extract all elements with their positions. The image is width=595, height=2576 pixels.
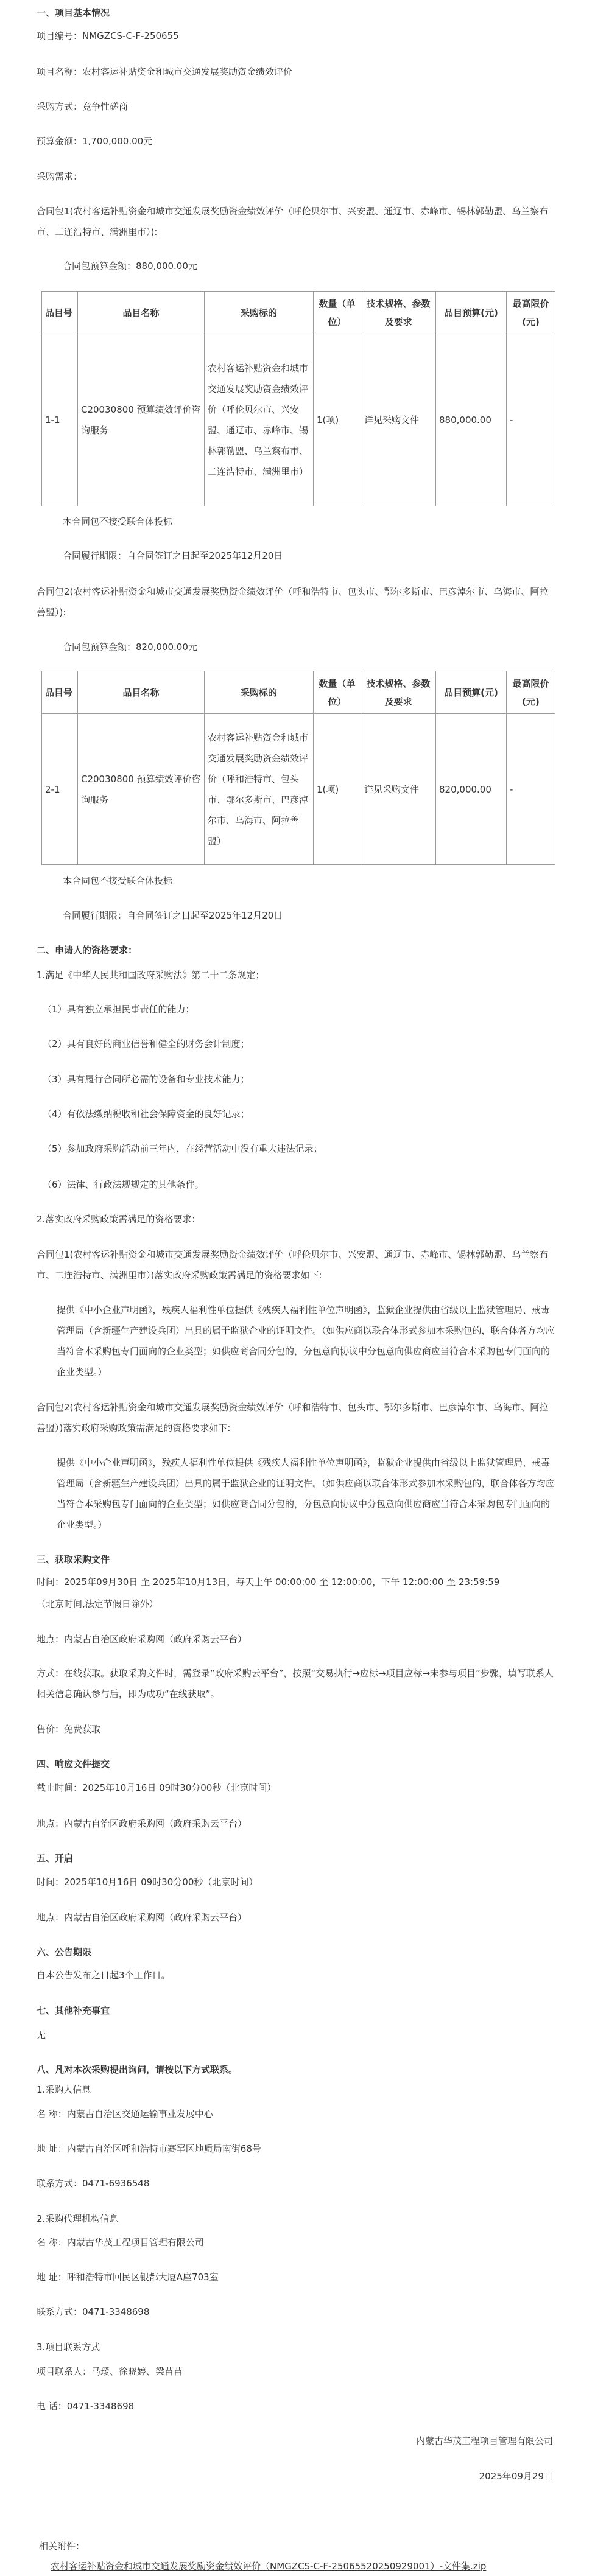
submission-deadline: 截止时间：2025年10月16日 09时30分00秒（北京时间） [37,1782,276,1794]
section-7-heading: 七、其他补充事宜 [37,2004,110,2017]
procurement-method: 采购方式：竞争性磋商 [37,100,128,113]
policy-package-1-text: 提供《中小企业声明函》，残疾人福利性单位提供《残疾人福利性单位声明函》，监狱企业… [57,1300,555,1382]
signature-company: 内蒙古华茂工程项目管理有限公司 [416,2435,553,2447]
table-row: 1-1 C20030800 预算绩效评价咨询服务 农村客运补贴资金和城市交通发展… [42,334,555,506]
cell-quantity: 1(项) [314,714,361,865]
project-name: 项目名称：农村客运补贴资金和城市交通发展奖励资金绩效评价 [37,66,292,78]
table-header-row: 品目号 品目名称 采购标的 数量（单位） 技术规格、参数及要求 品目预算(元) … [42,292,555,334]
project-contact-people: 项目联系人：马瑷、徐晓婷、梁苗苗 [37,2365,183,2378]
acquire-time-note: （北京时间,法定节假日除外） [37,1598,158,1610]
package-1-period: 合同履行期限：自合同签订之日起至2025年12月20日 [63,550,283,562]
header-max-price: 最高限价(元) [507,292,555,334]
submission-place: 地点：内蒙古自治区政府采购网（政府采购云平台） [37,1818,247,1830]
policy-package-2: 合同包2(农村客运补贴资金和城市交通发展奖励资金绩效评价（呼和浩特市、包头市、鄂… [37,1397,554,1438]
header-quantity: 数量（单位） [314,292,361,334]
policy-package-1: 合同包1(农村客运补贴资金和城市交通发展奖励资金绩效评价（呼伦贝尔市、兴安盟、通… [37,1244,554,1286]
policy-package-2-text: 提供《中小企业声明函》，残疾人福利性单位提供《残疾人福利性单位声明函》，监狱企业… [57,1452,555,1535]
header-spec: 技术规格、参数及要求 [361,292,436,334]
cell-item-no: 1-1 [42,334,78,506]
project-number: 项目编号：NMGZCS-C-F-250655 [37,30,179,42]
header-item-name: 品目名称 [78,292,205,334]
header-spec: 技术规格、参数及要求 [361,671,436,714]
cell-item-name: C20030800 预算绩效评价咨询服务 [78,334,205,506]
cell-quantity: 1(项) [314,334,361,506]
cell-max-price: - [507,714,555,865]
cell-spec: 详见采购文件 [361,714,436,865]
package-2-consortium-note: 本合同包不接受联合体投标 [63,875,172,887]
cell-item-name: C20030800 预算绩效评价咨询服务 [78,714,205,865]
package-1-consortium-note: 本合同包不接受联合体投标 [63,516,172,528]
announcement-period: 自本公告发布之日起3个工作日。 [37,1969,171,1981]
opening-time: 时间：2025年10月16日 09时30分00秒（北京时间） [37,1876,258,1888]
header-subject: 采购标的 [205,671,314,714]
section-4-heading: 四、响应文件提交 [37,1758,110,1770]
section-2-heading: 二、申请人的资格要求： [37,944,137,956]
project-phone: 电 话：0471-3348698 [37,2400,134,2412]
section-1-heading: 一、项目基本情况 [37,7,110,19]
condition-5: （5）参加政府采购活动前三年内，在经营活动中没有重大违法记录； [43,1143,323,1155]
purchaser-info-title: 1.采购人信息 [37,2084,91,2096]
cell-item-no: 2-1 [42,714,78,865]
cell-spec: 详见采购文件 [361,334,436,506]
acquire-place: 地点：内蒙古自治区政府采购网（政府采购云平台） [37,1633,247,1645]
acquire-price: 售价：免费获取 [37,1723,100,1735]
procurement-requirement-label: 采购需求： [37,170,82,183]
cell-subject: 农村客运补贴资金和城市交通发展奖励资金绩效评价（呼伦贝尔市、兴安盟、通辽市、赤峰… [205,334,314,506]
package-2-items-table: 品目号 品目名称 采购标的 数量（单位） 技术规格、参数及要求 品目预算(元) … [41,671,555,865]
budget-amount: 预算金额：1,700,000.00元 [37,135,152,147]
cell-max-price: - [507,334,555,506]
header-item-no: 品目号 [42,292,78,334]
policy-requirement-intro: 2.落实政府采购政策需满足的资格要求： [37,1213,200,1225]
table-header-row: 品目号 品目名称 采购标的 数量（单位） 技术规格、参数及要求 品目预算(元) … [42,671,555,714]
header-item-name: 品目名称 [78,671,205,714]
section-3-heading: 三、获取采购文件 [37,1553,110,1566]
package-2-title: 合同包2(农村客运补贴资金和城市交通发展奖励资金绩效评价（呼和浩特市、包头市、鄂… [37,581,554,623]
cell-item-budget: 820,000.00 [436,714,507,865]
agency-info-title: 2.采购代理机构信息 [37,2213,118,2225]
header-max-price: 最高限价(元) [507,671,555,714]
condition-6: （6）法律、行政法规规定的其他条件。 [43,1178,204,1191]
section-8-heading: 八、凡对本次采购提出询问，请按以下方式联系。 [37,2063,238,2076]
project-contact-title: 3.项目联系方式 [37,2341,100,2353]
table-row: 2-1 C20030800 预算绩效评价咨询服务 农村客运补贴资金和城市交通发展… [42,714,555,865]
signature-date: 2025年09月29日 [479,2470,553,2482]
condition-1: （1）具有独立承担民事责任的能力； [43,1003,195,1015]
purchaser-address: 地 址：内蒙古自治区呼和浩特市赛罕区地质局南街68号 [37,2143,261,2155]
condition-2: （2）具有良好的商业信誉和健全的财务会计制度； [43,1038,250,1050]
attachment-file-link[interactable]: 农村客运补贴资金和城市交通发展奖励资金绩效评价（NMGZCS-C-F-25065… [51,2560,486,2572]
agency-name: 名 称：内蒙古华茂工程项目管理有限公司 [37,2236,204,2249]
header-item-budget: 品目预算(元) [436,292,507,334]
condition-3: （3）具有履行合同所必需的设备和专业技术能力； [43,1073,250,1085]
package-1-items-table: 品目号 品目名称 采购标的 数量（单位） 技术规格、参数及要求 品目预算(元) … [41,291,555,506]
section-6-heading: 六、公告期限 [37,1946,91,1958]
header-item-budget: 品目预算(元) [436,671,507,714]
cell-subject: 农村客运补贴资金和城市交通发展奖励资金绩效评价（呼和浩特市、包头市、鄂尔多斯市、… [205,714,314,865]
package-1-title: 合同包1(农村客运补贴资金和城市交通发展奖励资金绩效评价（呼伦贝尔市、兴安盟、通… [37,201,554,242]
agency-contact: 联系方式：0471-3348698 [37,2306,149,2318]
condition-4: （4）有依法缴纳税收和社会保障资金的良好记录； [43,1108,250,1120]
cell-item-budget: 880,000.00 [436,334,507,506]
supplementary-matters: 无 [37,2029,46,2041]
attachments-label: 相关附件： [39,2540,85,2552]
acquire-time: 时间：2025年09月30日 至 2025年10月13日，每天上午 00:00:… [37,1576,499,1588]
acquire-method: 方式：在线获取。获取采购文件时，需登录“政府采购云平台”，按照“交易执行→应标→… [37,1663,554,1704]
purchaser-contact: 联系方式：0471-6936548 [37,2177,149,2189]
header-item-no: 品目号 [42,671,78,714]
package-2-budget: 合同包预算金额：820,000.00元 [63,641,197,653]
header-quantity: 数量（单位） [314,671,361,714]
opening-place: 地点：内蒙古自治区政府采购网（政府采购云平台） [37,1911,247,1923]
package-1-budget: 合同包预算金额：880,000.00元 [63,260,197,272]
agency-address: 地 址：呼和浩特市回民区银都大厦A座703室 [37,2271,219,2283]
law-requirement-intro: 1.满足《中华人民共和国政府采购法》第二十二条规定； [37,969,264,981]
header-subject: 采购标的 [205,292,314,334]
section-5-heading: 五、开启 [37,1852,73,1864]
package-2-period: 合同履行期限：自合同签订之日起至2025年12月20日 [63,909,283,922]
purchaser-name: 名 称：内蒙古自治区交通运输事业发展中心 [37,2108,213,2120]
